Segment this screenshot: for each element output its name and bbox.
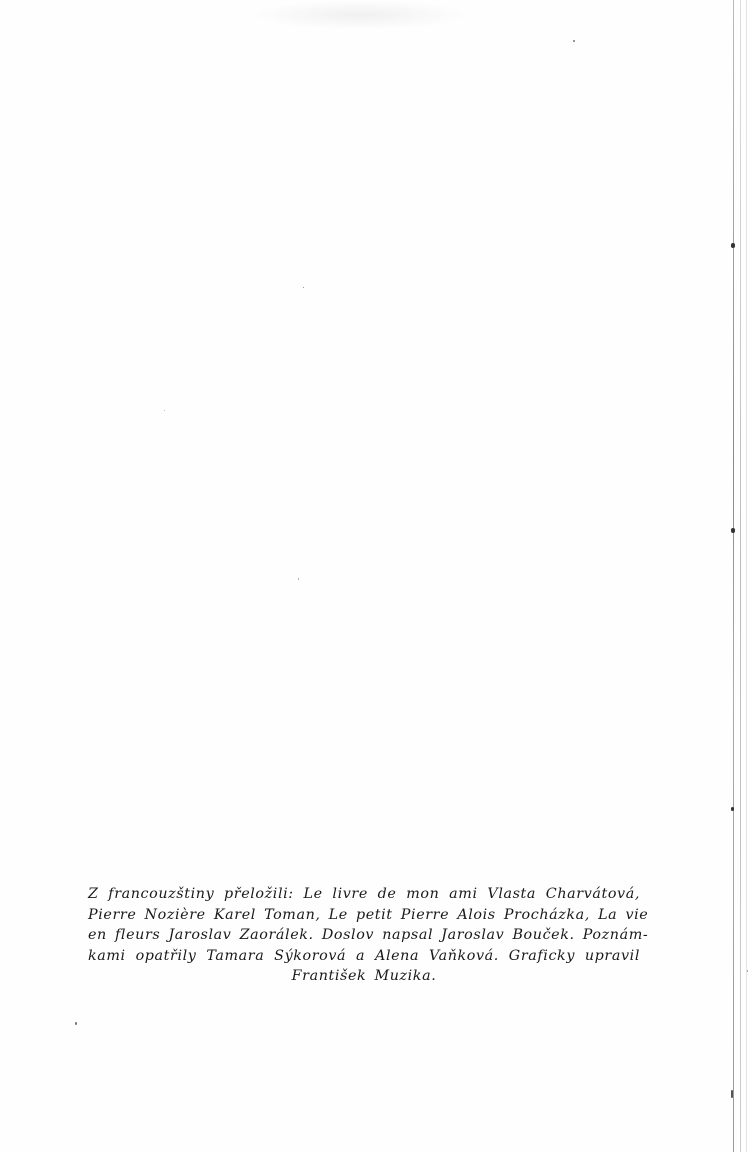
imprint-line: Pierre Nozière Karel Toman, Le petit Pie… bbox=[88, 905, 640, 926]
binding-stitch-mark bbox=[731, 807, 734, 811]
binding-stitch-mark bbox=[731, 528, 735, 533]
page-binding-edge bbox=[728, 0, 750, 1152]
paper-speck bbox=[298, 578, 299, 580]
translation-credits-imprint: Z francouzštiny přeložili: Le livre de m… bbox=[88, 884, 640, 987]
paper-speck bbox=[303, 287, 304, 288]
book-page: Z francouzštiny přeložili: Le livre de m… bbox=[0, 0, 750, 1152]
paper-speck bbox=[573, 40, 575, 42]
page-show-through bbox=[250, 0, 470, 30]
imprint-line: en fleurs Jaroslav Zaorálek. Doslov naps… bbox=[88, 925, 640, 946]
imprint-line: kami opatřily Tamara Sýkorová a Alena Va… bbox=[88, 946, 640, 967]
imprint-line: Z francouzštiny přeložili: Le livre de m… bbox=[88, 884, 640, 905]
paper-speck bbox=[75, 1022, 77, 1025]
paper-speck bbox=[164, 410, 165, 411]
imprint-line: František Muzika. bbox=[88, 966, 640, 987]
binding-stitch-mark bbox=[731, 243, 735, 248]
binding-stitch-mark bbox=[731, 1090, 733, 1098]
